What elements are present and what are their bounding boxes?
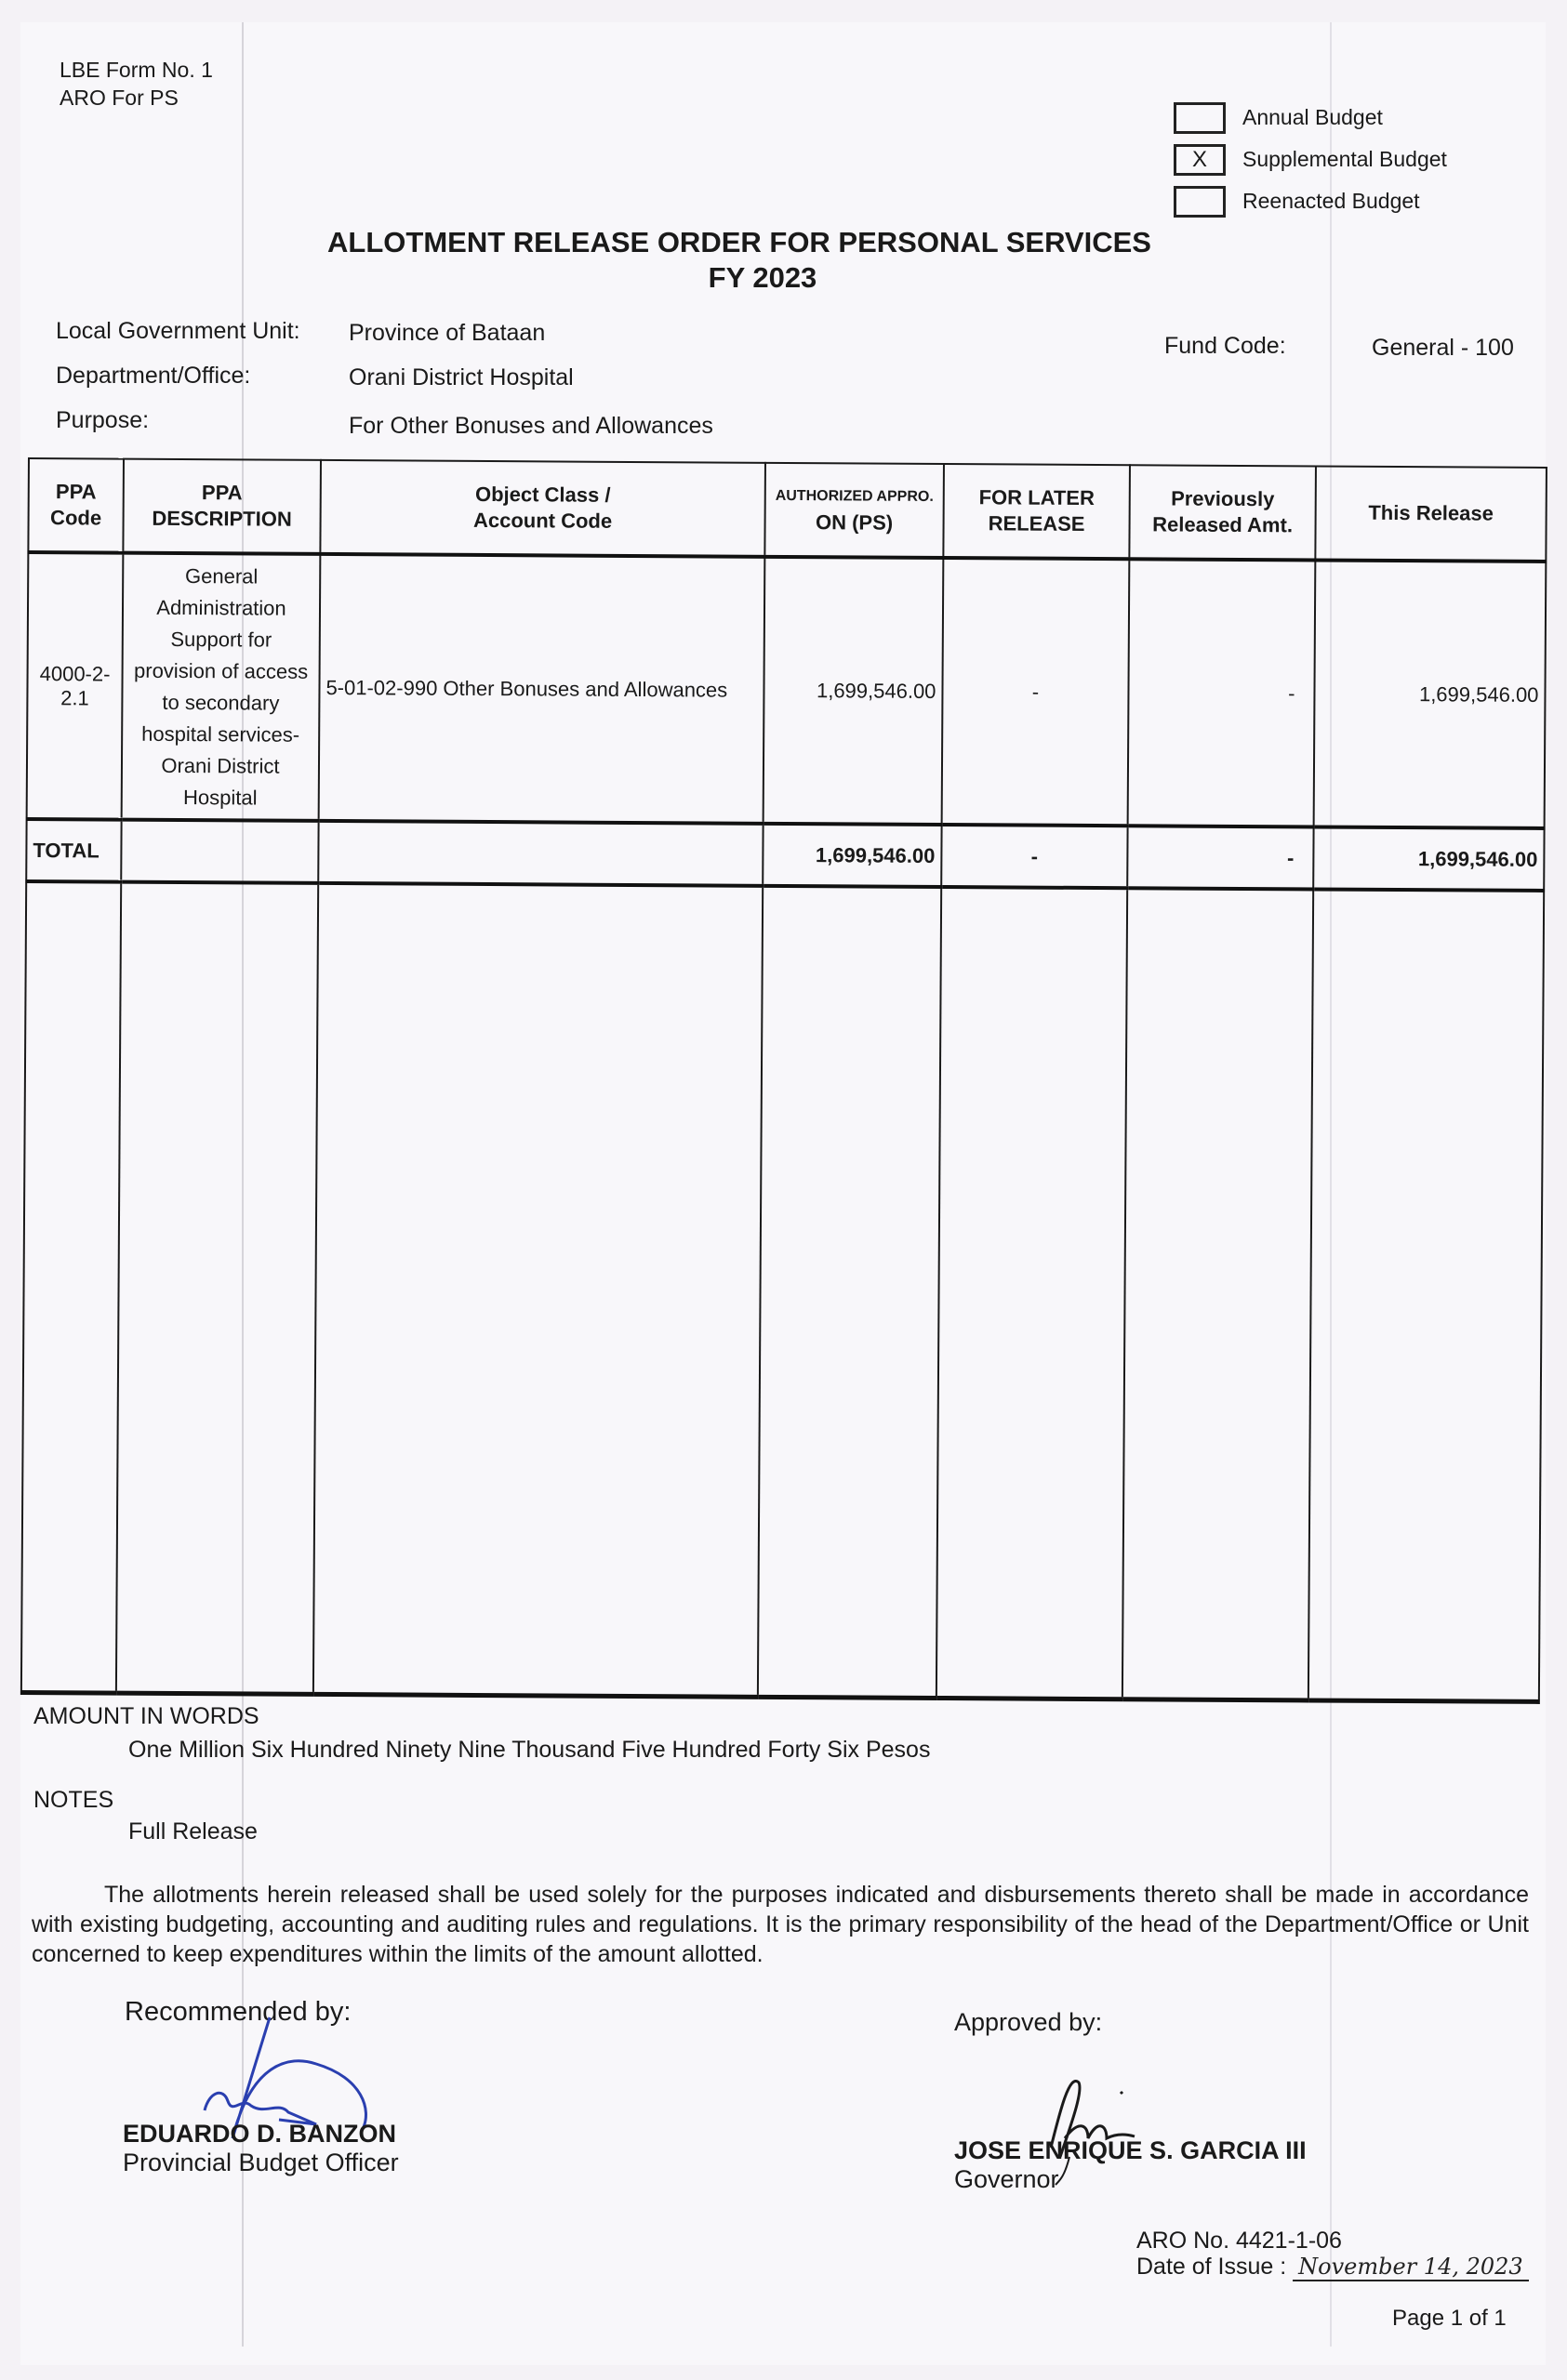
col-authorized-appropriation: AUTHORIZED APPRO. ON (PS) [764, 463, 944, 558]
header-line: Previously [1136, 485, 1309, 512]
approver-name: JOSE ENRIQUE S. GARCIA III [954, 2136, 1307, 2165]
checkbox-annual-budget[interactable]: Annual Budget [1174, 97, 1447, 139]
total-this-release: 1,699,546.00 [1313, 826, 1544, 891]
header-line: Account Code [327, 507, 759, 535]
header-line: ON (PS) [816, 510, 893, 535]
total-label: TOTAL [26, 819, 121, 882]
header-line: Released Amt. [1135, 511, 1308, 538]
form-type: ARO For PS [60, 84, 213, 112]
recommender-block: EDUARDO D. BANZON Provincial Budget Offi… [123, 2120, 399, 2177]
ppa-code-cell: 4000-2-2.1 [27, 552, 124, 820]
form-identifier: LBE Form No. 1 ARO For PS [60, 56, 213, 112]
empty-cell [318, 821, 763, 886]
checkbox-box[interactable] [1174, 102, 1226, 134]
fund-code-value: General - 100 [1372, 335, 1514, 362]
title-text: ALLOTMENT RELEASE ORDER FOR PERSONAL SER… [0, 225, 1525, 260]
total-authorized: 1,699,546.00 [763, 824, 941, 887]
approver-title: Governor [954, 2165, 1307, 2194]
fiscal-year: FY 2023 [709, 261, 817, 294]
certification-paragraph: The allotments herein released shall be … [32, 1880, 1529, 1969]
empty-cell [116, 882, 318, 1695]
form-number: LBE Form No. 1 [60, 56, 213, 84]
checkbox-supplemental-budget[interactable]: X Supplemental Budget [1174, 139, 1447, 180]
col-for-later-release: FOR LATER RELEASE [943, 464, 1130, 559]
col-previously-released: Previously Released Amt. [1129, 465, 1316, 560]
header-line: RELEASE [949, 510, 1122, 537]
date-of-issue-value: November 14, 2023 [1293, 2254, 1529, 2281]
empty-cell [313, 883, 763, 1697]
empty-cell [121, 820, 318, 883]
object-class-cell: 5-01-02-990 Other Bonuses and Allowances [319, 554, 765, 824]
for-later-release-cell: - [942, 558, 1130, 826]
recommender-title: Provincial Budget Officer [123, 2149, 399, 2177]
checkbox-box[interactable]: X [1174, 144, 1226, 176]
notes-value: Full Release [128, 1818, 258, 1845]
total-for-later-release: - [941, 825, 1127, 888]
checkbox-box[interactable] [1174, 186, 1226, 218]
allotment-table: PPA Code PPA DESCRIPTION Object Class / … [20, 457, 1547, 1704]
checkbox-reenacted-budget[interactable]: Reenacted Budget [1174, 180, 1447, 222]
col-this-release: This Release [1315, 466, 1547, 562]
col-object-class: Object Class / Account Code [320, 460, 765, 557]
empty-cell [1122, 888, 1313, 1700]
purpose-value: For Other Bonuses and Allowances [349, 413, 713, 440]
page-number: Page 1 of 1 [1392, 2306, 1507, 2332]
approver-block: JOSE ENRIQUE S. GARCIA III Governor [954, 2136, 1307, 2194]
aro-number: ARO No. 4421-1-06 [1136, 2228, 1342, 2254]
total-previously-released: - [1127, 826, 1313, 889]
header-line: AUTHORIZED APPRO. [772, 483, 937, 510]
empty-cell [758, 886, 941, 1699]
empty-cell [1308, 889, 1544, 1701]
empty-cell [936, 887, 1127, 1699]
checkbox-label: Annual Budget [1242, 105, 1383, 130]
recommender-name: EDUARDO D. BANZON [123, 2120, 399, 2149]
checkbox-label: Reenacted Budget [1242, 189, 1420, 214]
approved-by-label: Approved by: [954, 2008, 1102, 2037]
authorized-cell: 1,699,546.00 [764, 557, 944, 825]
amount-in-words-value: One Million Six Hundred Ninety Nine Thou… [128, 1737, 930, 1764]
checkbox-label: Supplemental Budget [1242, 147, 1447, 172]
previously-released-cell: - [1128, 559, 1316, 826]
amount-in-words-label: AMOUNT IN WORDS [33, 1703, 259, 1730]
department-value: Orani District Hospital [349, 364, 574, 391]
department-label: Department/Office: [56, 363, 250, 390]
empty-cell [21, 881, 121, 1693]
date-of-issue: Date of Issue : November 14, 2023 [1136, 2254, 1529, 2281]
purpose-label: Purpose: [56, 407, 149, 434]
blank-row [21, 881, 1544, 1701]
date-of-issue-label: Date of Issue : [1136, 2254, 1286, 2280]
total-row: TOTAL 1,699,546.00 - - 1,699,546.00 [26, 819, 1544, 891]
header-line: Object Class / [327, 481, 759, 509]
lgu-value: Province of Bataan [349, 320, 545, 347]
fund-code-label: Fund Code: [1164, 333, 1286, 360]
col-ppa-description: PPA DESCRIPTION [123, 459, 321, 554]
this-release-cell: 1,699,546.00 [1314, 560, 1547, 828]
table-header-row: PPA Code PPA DESCRIPTION Object Class / … [28, 458, 1547, 562]
table-row: 4000-2-2.1 General Administration Suppor… [27, 552, 1547, 828]
budget-type-checkboxes: Annual Budget X Supplemental Budget Reen… [1174, 97, 1447, 222]
col-ppa-code: PPA Code [28, 458, 124, 553]
notes-label: NOTES [33, 1787, 113, 1814]
lgu-label: Local Government Unit: [56, 318, 300, 345]
header-line: FOR LATER [950, 484, 1123, 511]
document-title: ALLOTMENT RELEASE ORDER FOR PERSONAL SER… [0, 225, 1525, 296]
ppa-description-cell: General Administration Support for provi… [122, 553, 321, 821]
